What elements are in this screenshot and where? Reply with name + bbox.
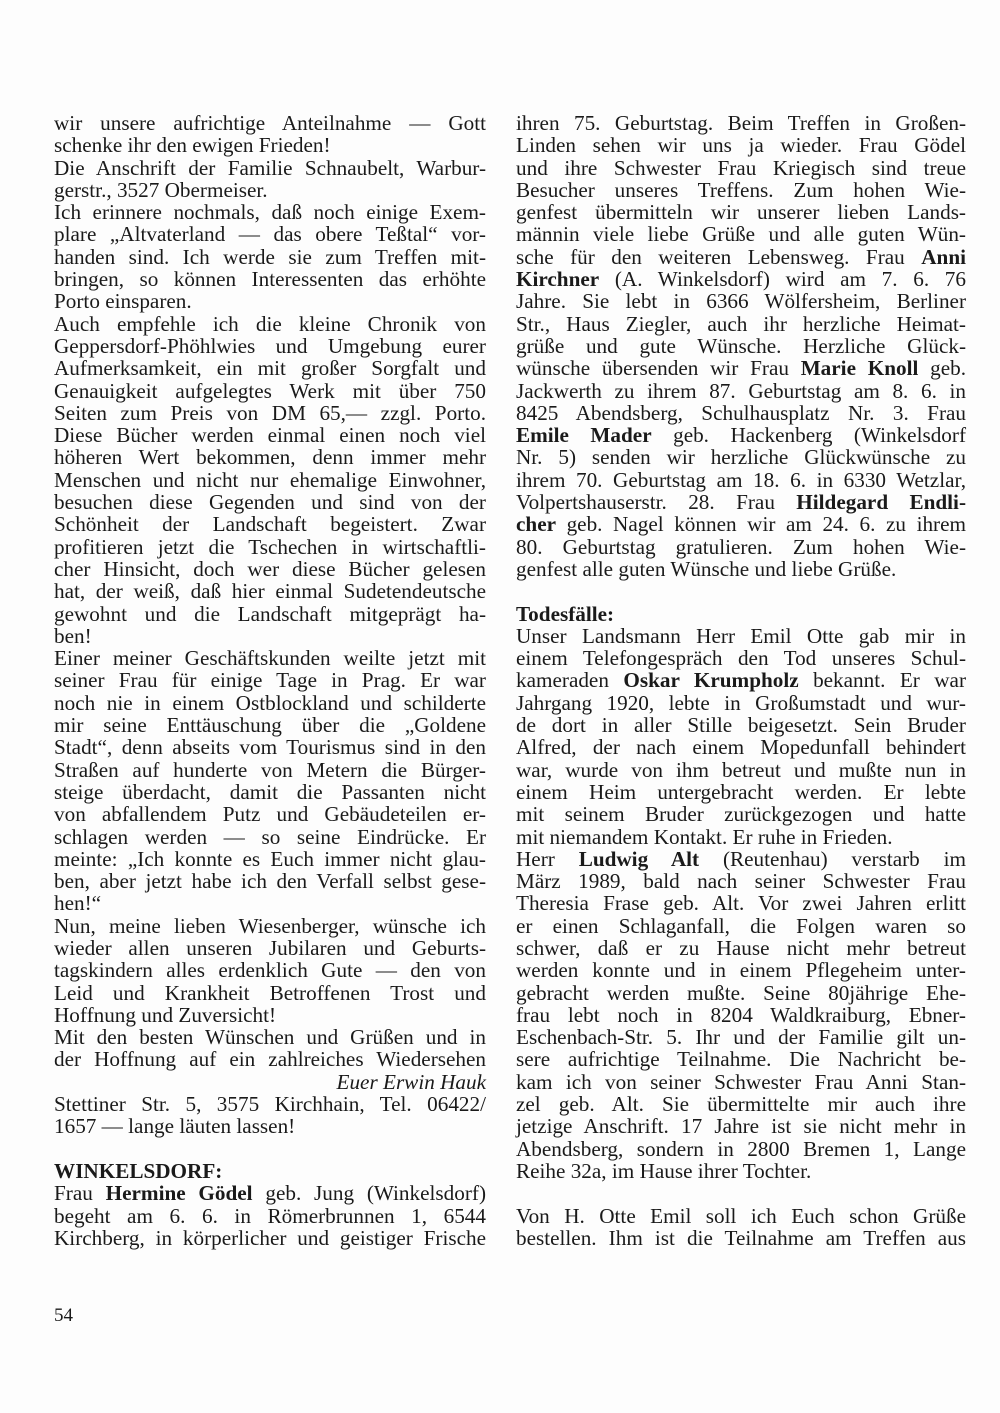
text-line: bestellen. Ihm ist die Teilnahme am Tref…	[516, 1227, 966, 1249]
text-line: genfest übermitteln wir unserer lieben L…	[516, 201, 966, 223]
text-line: Nun, meine lieben Wiesenberger, wünsche …	[54, 915, 486, 937]
text-line: genfest alle guten Wünsche und liebe Grü…	[516, 558, 966, 580]
text-line: gerstr., 3527 Obermeiser.	[54, 179, 486, 201]
text-line: Porto einsparen.	[54, 290, 486, 312]
text-line: mit niemandem Kontakt. Er ruhe in Friede…	[516, 826, 966, 848]
text-line: Menschen und nicht nur ehemalige Einwohn…	[54, 469, 486, 491]
text-line: Kirchberg, in körperlicher und geistiger…	[54, 1227, 486, 1249]
text-line: Auch empfehle ich die kleine Chronik von	[54, 313, 486, 335]
text-line: tagskindern alles erdenklich Gute — den …	[54, 959, 486, 981]
bold-name: Oskar Krumpholz	[623, 668, 798, 692]
bold-name: Emile Mader	[516, 423, 652, 447]
text-line: von abfallendem Putz und Gebäudeteilen e…	[54, 803, 486, 825]
document-page: wir unsere aufrichtige Anteilnahme — Got…	[0, 0, 1000, 1413]
text-line: Nr. 5) senden wir herzliche Glückwünsche…	[516, 446, 966, 468]
text-line: er einen Schlaganfall, die Folgen waren …	[516, 915, 966, 937]
text-line: profitieren jetzt die Tschechen in wirts…	[54, 536, 486, 558]
text-line: cher geb. Nagel können wir am 24. 6. zu …	[516, 513, 966, 535]
text-line: wünsche übersenden wir Frau Marie Knoll …	[516, 357, 966, 379]
text-line: steige überdacht, damit die Passanten ni…	[54, 781, 486, 803]
left-body-text: wir unsere aufrichtige Anteilnahme — Got…	[54, 112, 486, 1071]
text-line: Herr Ludwig Alt (Reutenhau) verstarb im	[516, 848, 966, 870]
text-line: meinte: „Ich konnte es Euch immer nicht …	[54, 848, 486, 870]
text-line: Eschenbach-Str. 5. Ihr und der Familie g…	[516, 1026, 966, 1048]
text-line: schwer, daß er zu Hause nicht mehr betre…	[516, 937, 966, 959]
text-line: Straßen auf hunderte von Metern die Bürg…	[54, 759, 486, 781]
bold-name: Marie Knoll	[801, 356, 919, 380]
text-line: Leid und Krankheit Betroffenen Trost und	[54, 982, 486, 1004]
text-line: Schönheit der Landschaft begeistert. Zwa…	[54, 513, 486, 535]
text-line: Mit den besten Wünschen und Grüßen und i…	[54, 1026, 486, 1048]
text-line: Von H. Otte Emil soll ich Euch schon Grü…	[516, 1205, 966, 1227]
text-line: einem Telefongespräch den Tod unseres Sc…	[516, 647, 966, 669]
text-line: Jahrgang 1920, lebte in Großumstadt und …	[516, 692, 966, 714]
text-line: noch nie in einem Ostblockland und schil…	[54, 692, 486, 714]
text-line: gewohnt und die Landschaft mitgeprägt ha…	[54, 603, 486, 625]
text-line: ben!	[54, 625, 486, 647]
signature: Euer Erwin Hauk	[54, 1071, 486, 1093]
text-line: Genauigkeit aufgelegtes Werk mit über 75…	[54, 380, 486, 402]
bold-name: Hildegard Endli-	[796, 490, 966, 514]
address-block: Stettiner Str. 5, 3575 Kirchhain, Tel. 0…	[54, 1093, 486, 1138]
spacer	[516, 580, 966, 602]
text-line: schlagen werden — so seine Eindrücke. Er	[54, 826, 486, 848]
text-line: plare „Altvaterland — das obere Teßtal“ …	[54, 223, 486, 245]
text-line: Die Anschrift der Familie Schnaubelt, Wa…	[54, 157, 486, 179]
closing-text: Von H. Otte Emil soll ich Euch schon Grü…	[516, 1205, 966, 1250]
text-line: de dort in aller Stille beigesetzt. Sein…	[516, 714, 966, 736]
text-line: schenke ihr den ewigen Frieden!	[54, 134, 486, 156]
text-line: kameraden Oskar Krumpholz bekannt. Er wa…	[516, 669, 966, 691]
text-line: Stettiner Str. 5, 3575 Kirchhain, Tel. 0…	[54, 1093, 486, 1115]
left-column: wir unsere aufrichtige Anteilnahme — Got…	[54, 112, 486, 1249]
text-line: Kirchner (A. Winkelsdorf) wird am 7. 6. …	[516, 268, 966, 290]
bold-name: Anni	[921, 245, 966, 269]
text-line: und ihre Schwester Frau Kriegisch sind t…	[516, 157, 966, 179]
text-line: Linden sehen wir uns ja wieder. Frau Göd…	[516, 134, 966, 156]
text-line: hat, der weiß, daß hier einmal Sudetende…	[54, 580, 486, 602]
text-line: wir unsere aufrichtige Anteilnahme — Got…	[54, 112, 486, 134]
text-line: besuchen diese Gegenden und sind von der	[54, 491, 486, 513]
bold-name: Kirchner	[516, 267, 599, 291]
text-line: März 1989, bald nach seiner Schwester Fr…	[516, 870, 966, 892]
text-line: frau lebt noch in 8204 Waldkraiburg, Ebn…	[516, 1004, 966, 1026]
text-line: 8425 Abendsberg, Schulhausplatz Nr. 3. F…	[516, 402, 966, 424]
text-line: sche für den weiteren Lebensweg. Frau An…	[516, 246, 966, 268]
text-line: Unser Landsmann Herr Emil Otte gab mir i…	[516, 625, 966, 647]
text-line: einem Heim untergebracht werden. Er lebt…	[516, 781, 966, 803]
text-line: Abendsberg, sondern in 2800 Bremen 1, La…	[516, 1138, 966, 1160]
text-line: Stadt“, denn abseits vom Tourismus sind …	[54, 736, 486, 758]
text-line: jetzige Anschrift. 17 Jahre ist sie nich…	[516, 1115, 966, 1137]
text-line: wieder allen unseren Jubilaren und Gebur…	[54, 937, 486, 959]
section-heading-todesfaelle: Todesfälle:	[516, 603, 966, 625]
text-line: gebracht werden mußte. Seine 80jährige E…	[516, 982, 966, 1004]
text-line: zel geb. Alt. Sie übermittelte mir auch …	[516, 1093, 966, 1115]
text-line: kam ich von seiner Schwester Frau Anni S…	[516, 1071, 966, 1093]
text-line: 80. Geburtstag gratulieren. Zum hohen Wi…	[516, 536, 966, 558]
text-line: Aufmerksamkeit, ein mit großer Sorgfalt …	[54, 357, 486, 379]
text-line: Ich erinnere nochmals, daß noch einige E…	[54, 201, 486, 223]
spacer	[54, 1138, 486, 1160]
text-line: war, wurde von ihm betreut und mußte nun…	[516, 759, 966, 781]
text-line: Besucher unseres Treffens. Zum hohen Wie…	[516, 179, 966, 201]
text-line: 1657 — lange läuten lassen!	[54, 1115, 486, 1137]
text-line: Jahre. Sie lebt in 6366 Wölfersheim, Ber…	[516, 290, 966, 312]
text-line: Emile Mader geb. Hackenberg (Winkelsdorf	[516, 424, 966, 446]
text-line: Str., Haus Ziegler, auch ihr herzliche H…	[516, 313, 966, 335]
text-line: grüße und gute Wünsche. Herzliche Glück-	[516, 335, 966, 357]
birthday-text: ihren 75. Geburtstag. Beim Treffen in Gr…	[516, 112, 966, 580]
text-line: werden konnte und in einem Pflegeheim un…	[516, 959, 966, 981]
text-line: hen!“	[54, 892, 486, 914]
spacer	[516, 1182, 966, 1204]
text-line: Reihe 32a, im Hause ihrer Tochter.	[516, 1160, 966, 1182]
text-line: ihrem 70. Geburtstag am 18. 6. in 6330 W…	[516, 469, 966, 491]
text-line: mir seine Enttäuschung über die „Goldene	[54, 714, 486, 736]
winkelsdorf-text: Frau Hermine Gödel geb. Jung (Winkelsdor…	[54, 1182, 486, 1249]
text-line: Hoffnung und Zuversicht!	[54, 1004, 486, 1026]
text-line: cher Hinsicht, doch wer diese Bücher gel…	[54, 558, 486, 580]
text-line: ihren 75. Geburtstag. Beim Treffen in Gr…	[516, 112, 966, 134]
text-line: ben, aber jetzt habe ich den Verfall sel…	[54, 870, 486, 892]
right-column: ihren 75. Geburtstag. Beim Treffen in Gr…	[516, 112, 966, 1249]
todesfaelle-text: Unser Landsmann Herr Emil Otte gab mir i…	[516, 625, 966, 1182]
text-line: seiner Frau für einige Tage in Prag. Er …	[54, 669, 486, 691]
text-line: Geppersdorf-Phöhlwies und Umgebung eurer	[54, 335, 486, 357]
text-line: mit seinem Bruder zurückgezogen und hatt…	[516, 803, 966, 825]
text-line: sere aufrichtige Teilnahme. Die Nachrich…	[516, 1048, 966, 1070]
text-line: Alfred, der nach einem Mopedunfall behin…	[516, 736, 966, 758]
text-line: Volpertshauserstr. 28. Frau Hildegard En…	[516, 491, 966, 513]
bold-name: Ludwig Alt	[579, 847, 699, 871]
text-line: Theresia Frase geb. Alt. Vor zwei Jahren…	[516, 892, 966, 914]
text-line: begeht am 6. 6. in Römerbrunnen 1, 6544	[54, 1205, 486, 1227]
text-line: Diese Bücher werden einmal einen noch vi…	[54, 424, 486, 446]
page-number: 54	[54, 1305, 73, 1327]
section-heading-winkelsdorf: WINKELSDORF:	[54, 1160, 486, 1182]
text-line: handen sind. Ich werde sie zum Treffen m…	[54, 246, 486, 268]
bold-name: cher	[516, 512, 556, 536]
text-line: Seiten zum Preis von DM 65,— zzgl. Porto…	[54, 402, 486, 424]
text-line: höheren Wert bekommen, denn immer mehr	[54, 446, 486, 468]
text-line: männin viele liebe Grüße und alle guten …	[516, 223, 966, 245]
text-line: bringen, so können Interessenten das erh…	[54, 268, 486, 290]
text-line: Jackwerth zu ihrem 87. Geburtstag am 8. …	[516, 380, 966, 402]
bold-name: Hermine Gödel	[106, 1181, 253, 1205]
text-line: Frau Hermine Gödel geb. Jung (Winkelsdor…	[54, 1182, 486, 1204]
text-line: der Hoffnung auf ein zahlreiches Wieders…	[54, 1048, 486, 1070]
text-line: Einer meiner Geschäftskunden weilte jetz…	[54, 647, 486, 669]
